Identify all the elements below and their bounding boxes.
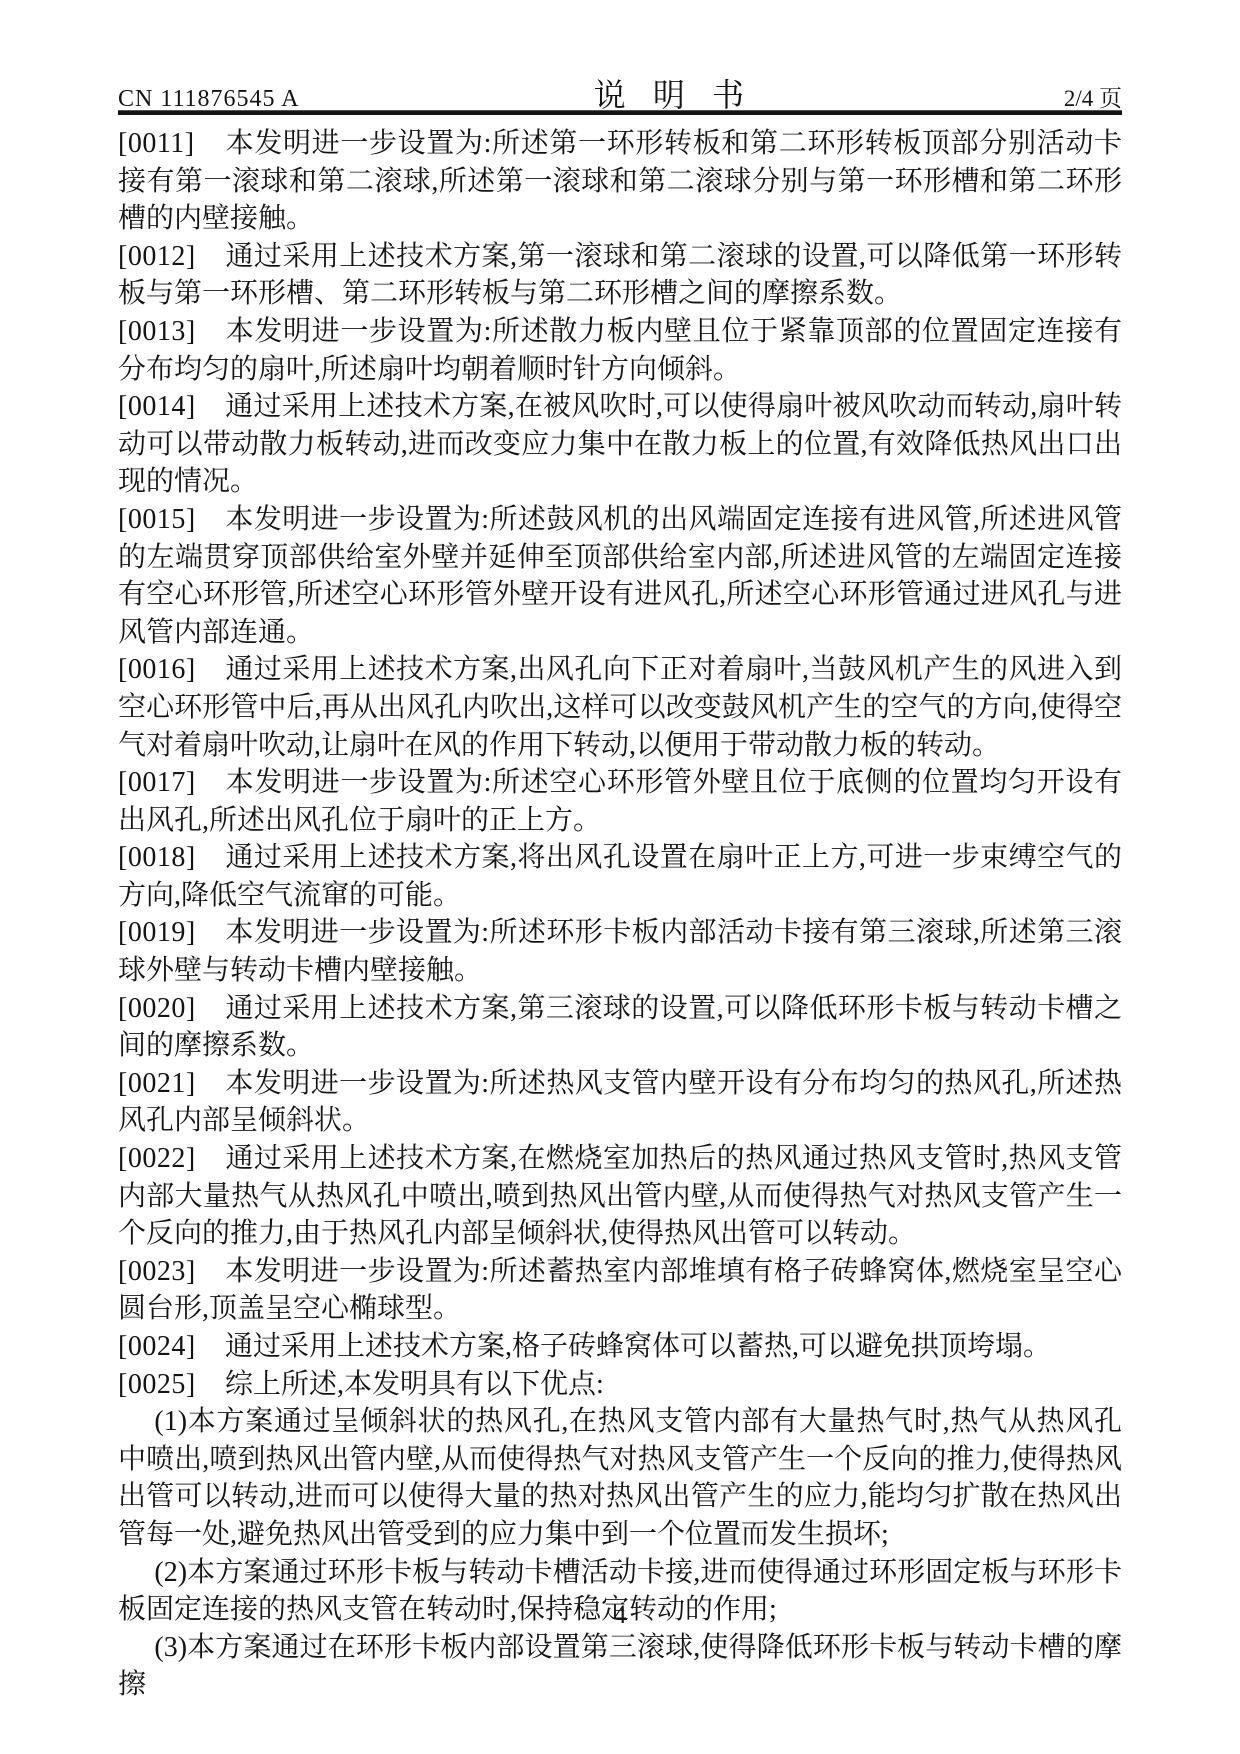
paragraph-number: [0011] <box>118 125 225 163</box>
document-title: 说明书 <box>567 70 772 116</box>
numbered-paragraph: [0019]本发明进一步设置为:所述环形卡板内部活动卡接有第三滚球,所述第三滚球… <box>118 914 1122 989</box>
paragraph-number: [0015] <box>118 501 225 539</box>
numbered-paragraph: [0015]本发明进一步设置为:所述鼓风机的出风端固定连接有进风管,所述进风管的… <box>118 501 1122 651</box>
paragraph-text: 通过采用上述技术方案,将出风孔设置在扇叶正上方,可进一步束缚空气的方向,降低空气… <box>118 842 1122 911</box>
paragraph-text: 本发明进一步设置为:所述鼓风机的出风端固定连接有进风管,所述进风管的左端贯穿顶部… <box>118 504 1122 648</box>
numbered-paragraph: [0014]通过采用上述技术方案,在被风吹时,可以使得扇叶被风吹动而转动,扇叶转… <box>118 388 1122 501</box>
numbered-paragraph: [0023]本发明进一步设置为:所述蓄热室内部堆填有格子砖蜂窝体,燃烧室呈空心圆… <box>118 1253 1122 1328</box>
paragraph-text: 本发明进一步设置为:所述蓄热室内部堆填有格子砖蜂窝体,燃烧室呈空心圆台形,顶盖呈… <box>118 1256 1122 1325</box>
paragraph-number: [0020] <box>118 990 225 1028</box>
paragraph-text: 本发明进一步设置为:所述空心环形管外壁且位于底侧的位置均匀开设有出风孔,所述出风… <box>118 767 1122 836</box>
paragraph-number: [0021] <box>118 1065 225 1103</box>
numbered-paragraph: [0021]本发明进一步设置为:所述热风支管内壁开设有分布均匀的热风孔,所述热风… <box>118 1065 1122 1140</box>
paragraph-text: 本发明进一步设置为:所述热风支管内壁开设有分布均匀的热风孔,所述热风孔内部呈倾斜… <box>118 1068 1122 1137</box>
paragraph-number: [0018] <box>118 839 225 877</box>
paragraph-text: (1)本方案通过呈倾斜状的热风孔,在热风支管内部有大量热气时,热气从热风孔中喷出… <box>118 1406 1122 1550</box>
numbered-paragraph: [0011]本发明进一步设置为:所述第一环形转板和第二环形转板顶部分别活动卡接有… <box>118 125 1122 238</box>
paragraph-number: [0019] <box>118 914 225 952</box>
numbered-paragraph: [0022]通过采用上述技术方案,在燃烧室加热后的热风通过热风支管时,热风支管内… <box>118 1140 1122 1253</box>
paragraph-number: [0024] <box>118 1328 225 1366</box>
numbered-paragraph: [0016]通过采用上述技术方案,出风孔向下正对着扇叶,当鼓风机产生的风进入到空… <box>118 651 1122 764</box>
paragraph-number: [0023] <box>118 1253 225 1291</box>
page-number: 4 <box>614 1600 627 1629</box>
paragraph-text: 通过采用上述技术方案,格子砖蜂窝体可以蓄热,可以避免拱顶垮塌。 <box>225 1331 1051 1362</box>
paragraph-number: [0014] <box>118 388 225 426</box>
numbered-paragraph: [0020]通过采用上述技术方案,第三滚球的设置,可以降低环形卡板与转动卡槽之间… <box>118 990 1122 1065</box>
paragraph-number: [0016] <box>118 651 225 689</box>
paragraph-text: (3)本方案通过在环形卡板内部设置第三滚球,使得降低环形卡板与转动卡槽的摩擦 <box>118 1632 1122 1701</box>
paragraph-number: [0017] <box>118 764 225 802</box>
page-header: CN 111876545 A 说明书 2/4 页 <box>118 0 1122 104</box>
paragraph-text: 通过采用上述技术方案,第三滚球的设置,可以降低环形卡板与转动卡槽之间的摩擦系数。 <box>118 993 1122 1062</box>
paragraph-text: 通过采用上述技术方案,第一滚球和第二滚球的设置,可以降低第一环形转板与第一环形槽… <box>118 241 1122 310</box>
numbered-paragraph: [0018]通过采用上述技术方案,将出风孔设置在扇叶正上方,可进一步束缚空气的方… <box>118 839 1122 914</box>
paragraph-number: [0012] <box>118 238 225 276</box>
paragraph-text: 本发明进一步设置为:所述散力板内壁且位于紧靠顶部的位置固定连接有分布均匀的扇叶,… <box>118 316 1122 385</box>
advantage-paragraph: (3)本方案通过在环形卡板内部设置第三滚球,使得降低环形卡板与转动卡槽的摩擦 <box>118 1629 1122 1704</box>
paragraph-text: 本发明进一步设置为:所述第一环形转板和第二环形转板顶部分别活动卡接有第一滚球和第… <box>118 128 1122 234</box>
advantage-paragraph: (1)本方案通过呈倾斜状的热风孔,在热风支管内部有大量热气时,热气从热风孔中喷出… <box>118 1403 1122 1553</box>
paragraph-text: 通过采用上述技术方案,出风孔向下正对着扇叶,当鼓风机产生的风进入到空心环形管中后… <box>118 654 1122 760</box>
publication-number: CN 111876545 A <box>118 86 300 113</box>
paragraph-number: [0025] <box>118 1366 225 1404</box>
specification-body: [0011]本发明进一步设置为:所述第一环形转板和第二环形转板顶部分别活动卡接有… <box>118 125 1122 1704</box>
paragraph-text: 通过采用上述技术方案,在燃烧室加热后的热风通过热风支管时,热风支管内部大量热气从… <box>118 1143 1122 1249</box>
paragraph-text: 本发明进一步设置为:所述环形卡板内部活动卡接有第三滚球,所述第三滚球外壁与转动卡… <box>118 917 1122 986</box>
numbered-paragraph: [0013]本发明进一步设置为:所述散力板内壁且位于紧靠顶部的位置固定连接有分布… <box>118 313 1122 388</box>
numbered-paragraph: [0012]通过采用上述技术方案,第一滚球和第二滚球的设置,可以降低第一环形转板… <box>118 238 1122 313</box>
numbered-paragraph: [0025]综上所述,本发明具有以下优点: <box>118 1366 1122 1404</box>
numbered-paragraph: [0017]本发明进一步设置为:所述空心环形管外壁且位于底侧的位置均匀开设有出风… <box>118 764 1122 839</box>
paragraph-text: 通过采用上述技术方案,在被风吹时,可以使得扇叶被风吹动而转动,扇叶转动可以带动散… <box>118 391 1122 497</box>
paragraph-number: [0013] <box>118 313 225 351</box>
page-indicator: 2/4 页 <box>1064 80 1122 113</box>
paragraph-number: [0022] <box>118 1140 225 1178</box>
patent-specification-page: CN 111876545 A 说明书 2/4 页 [0011]本发明进一步设置为… <box>0 0 1240 1754</box>
paragraph-text: 综上所述,本发明具有以下优点: <box>225 1369 604 1400</box>
numbered-paragraph: [0024]通过采用上述技术方案,格子砖蜂窝体可以蓄热,可以避免拱顶垮塌。 <box>118 1328 1122 1366</box>
page-footer: 4 <box>0 1600 1240 1630</box>
